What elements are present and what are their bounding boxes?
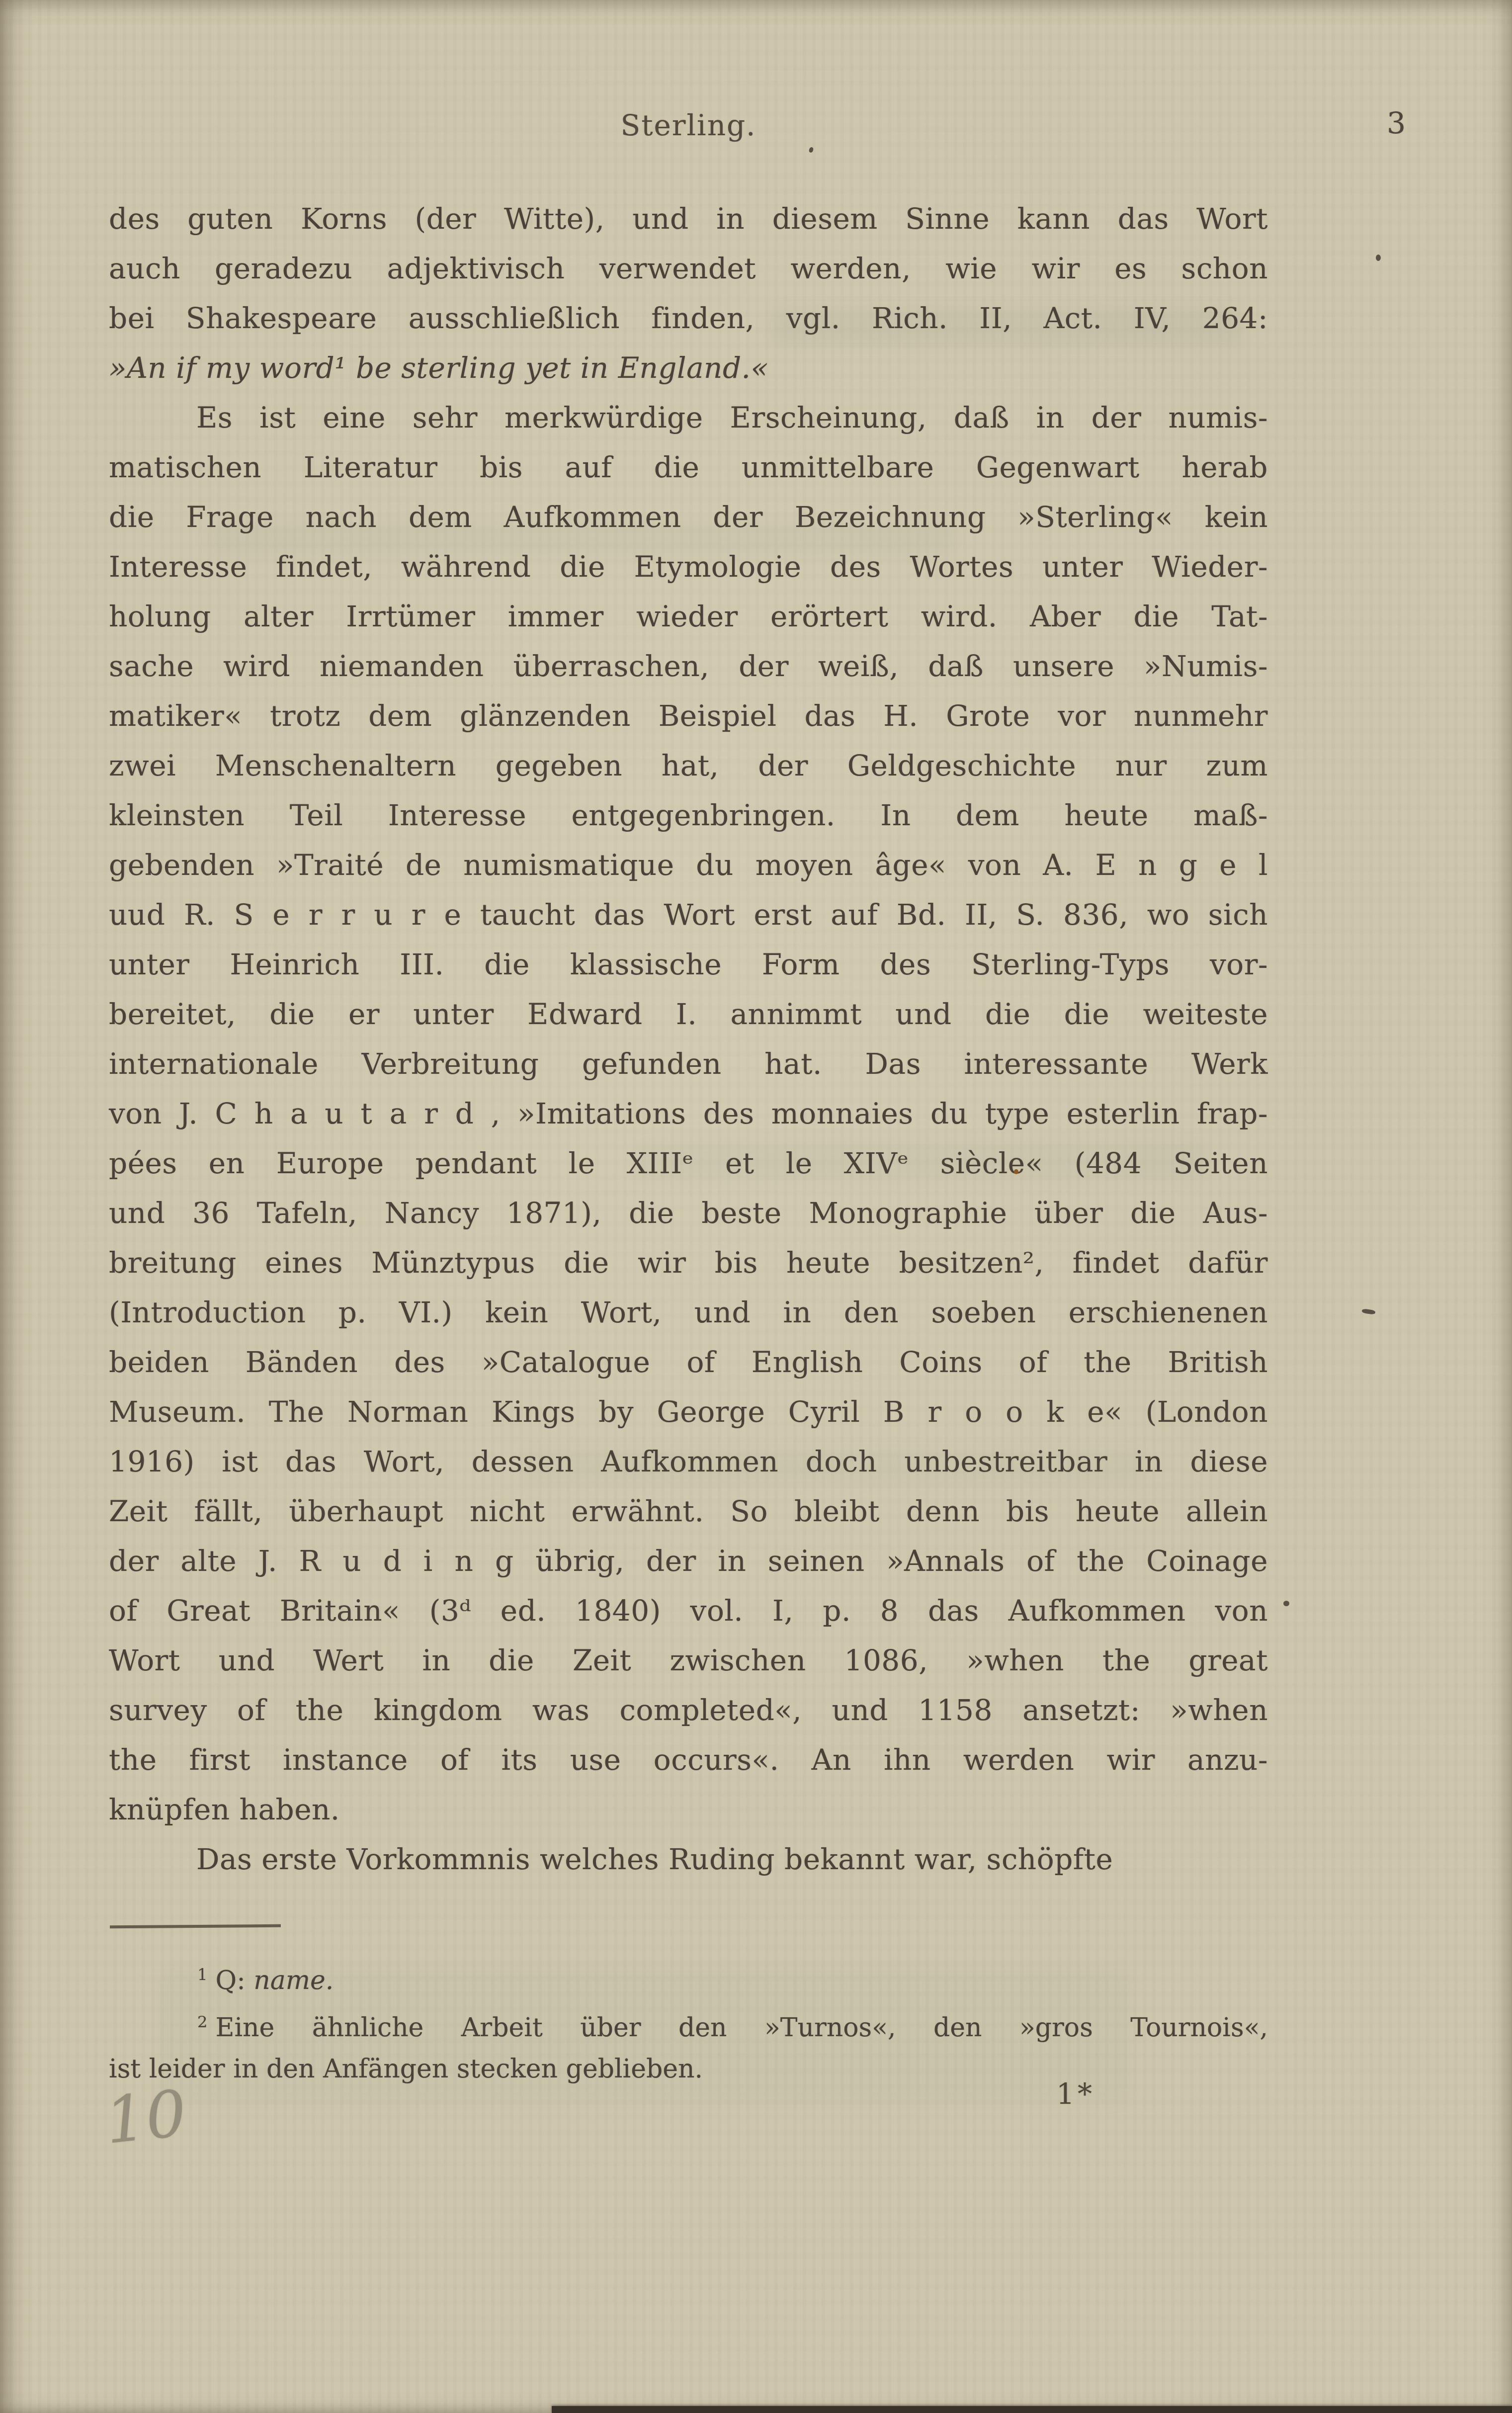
text-line: the first instance of its use occurs«. A…: [109, 1735, 1268, 1785]
ink-speck: [808, 147, 814, 153]
running-head: Sterling.: [109, 108, 1268, 142]
text-line: des guten Korns (der Witte), und in dies…: [109, 194, 1268, 244]
text-line: beiden Bänden des »Catalogue of English …: [109, 1337, 1268, 1387]
footnote-1-text: Q:: [216, 1966, 254, 1995]
handwritten-page-number: 10: [102, 2076, 190, 2158]
text-line: zwei Menschenaltern gegeben hat, der Gel…: [109, 741, 1268, 790]
footnote-2-line1: 2Eine ähnliche Arbeit über den »Turnos«,…: [109, 1998, 1268, 2046]
text-line: holung alter Irrtümer immer wieder erört…: [109, 592, 1268, 641]
page-number: 3: [1387, 106, 1446, 141]
text-line: of Great Britain« (3ᵈ ed. 1840) vol. I, …: [109, 1586, 1268, 1636]
text-line: und 36 Tafeln, Nancy 1871), die beste Mo…: [109, 1188, 1268, 1238]
text-line: matischen Literatur bis auf die unmittel…: [109, 442, 1268, 492]
text-line: von J. C h a u t a r d , »Imitations des…: [109, 1089, 1268, 1138]
text-line: (Introduction p. VI.) kein Wort, und in …: [109, 1288, 1268, 1337]
text-line: der alte J. R u d i n g übrig, der in se…: [109, 1536, 1268, 1586]
text-line: sache wird niemanden überraschen, der we…: [109, 641, 1268, 691]
text-line: Es ist eine sehr merkwürdige Erscheinung…: [109, 393, 1268, 442]
text-line: 1916) ist das Wort, dessen Aufkommen doc…: [109, 1437, 1268, 1486]
text-line: auch geradezu adjektivisch verwendet wer…: [109, 244, 1268, 293]
text-line: bei Shakespeare ausschließlich finden, v…: [109, 293, 1268, 343]
text-line: uud R. S e r r u r e taucht das Wort ers…: [109, 890, 1268, 940]
text-line: die Frage nach dem Aufkommen der Bezeich…: [109, 492, 1268, 542]
ink-speck: [1014, 1169, 1018, 1174]
footnote-1: 1Q: name.: [109, 1951, 1268, 1998]
text-line: Zeit fällt, überhaupt nicht erwähnt. So …: [109, 1486, 1268, 1536]
text-line: knüpfen haben.: [109, 1785, 1268, 1834]
text-line: unter Heinrich III. die klassische Form …: [109, 940, 1268, 989]
text-line: gebenden »Traité de numismatique du moye…: [109, 840, 1268, 890]
text-line: internationale Verbreitung gefunden hat.…: [109, 1039, 1268, 1089]
ink-speck: [1362, 1308, 1376, 1315]
footnote-2-marker: 2: [197, 1998, 208, 2046]
text-line: Das erste Vorkommnis welches Ruding beka…: [109, 1834, 1268, 1884]
text-line: survey of the kingdom was completed«, un…: [109, 1685, 1268, 1735]
footnotes: 1Q: name. 2Eine ähnliche Arbeit über den…: [109, 1951, 1268, 2093]
footnote-1-marker: 1: [197, 1951, 208, 1998]
body-text: des guten Korns (der Witte), und in dies…: [109, 194, 1268, 1884]
text-line: bereitet, die er unter Edward I. annimmt…: [109, 989, 1268, 1039]
scan-edge-strip: [552, 2406, 1512, 2413]
text-line: kleinsten Teil Interesse entgegenbringen…: [109, 790, 1268, 840]
printer-signature-mark: 1*: [1056, 2077, 1095, 2111]
text-line: pées en Europe pendant le XIIIᵉ et le XI…: [109, 1138, 1268, 1188]
text-line: matiker« trotz dem glänzenden Beispiel d…: [109, 691, 1268, 741]
text-line: Museum. The Norman Kings by George Cyril…: [109, 1387, 1268, 1437]
text-line: Wort und Wert in die Zeit zwischen 1086,…: [109, 1636, 1268, 1685]
text-line: Interesse findet, während die Etymologie…: [109, 542, 1268, 592]
footnote-2-text: Eine ähnliche Arbeit über den »Turnos«, …: [216, 2013, 1268, 2043]
ink-speck: [1376, 255, 1381, 261]
scanned-book-page: Sterling. 3 des guten Korns (der Witte),…: [0, 0, 1512, 2413]
footnote-1-italic: name.: [253, 1966, 334, 1995]
text-line: »An if my word¹ be sterling yet in Engla…: [109, 343, 1268, 393]
ink-speck: [1283, 1601, 1289, 1606]
text-line: breitung eines Münztypus die wir bis heu…: [109, 1238, 1268, 1288]
footnote-separator-rule: [110, 1924, 281, 1928]
